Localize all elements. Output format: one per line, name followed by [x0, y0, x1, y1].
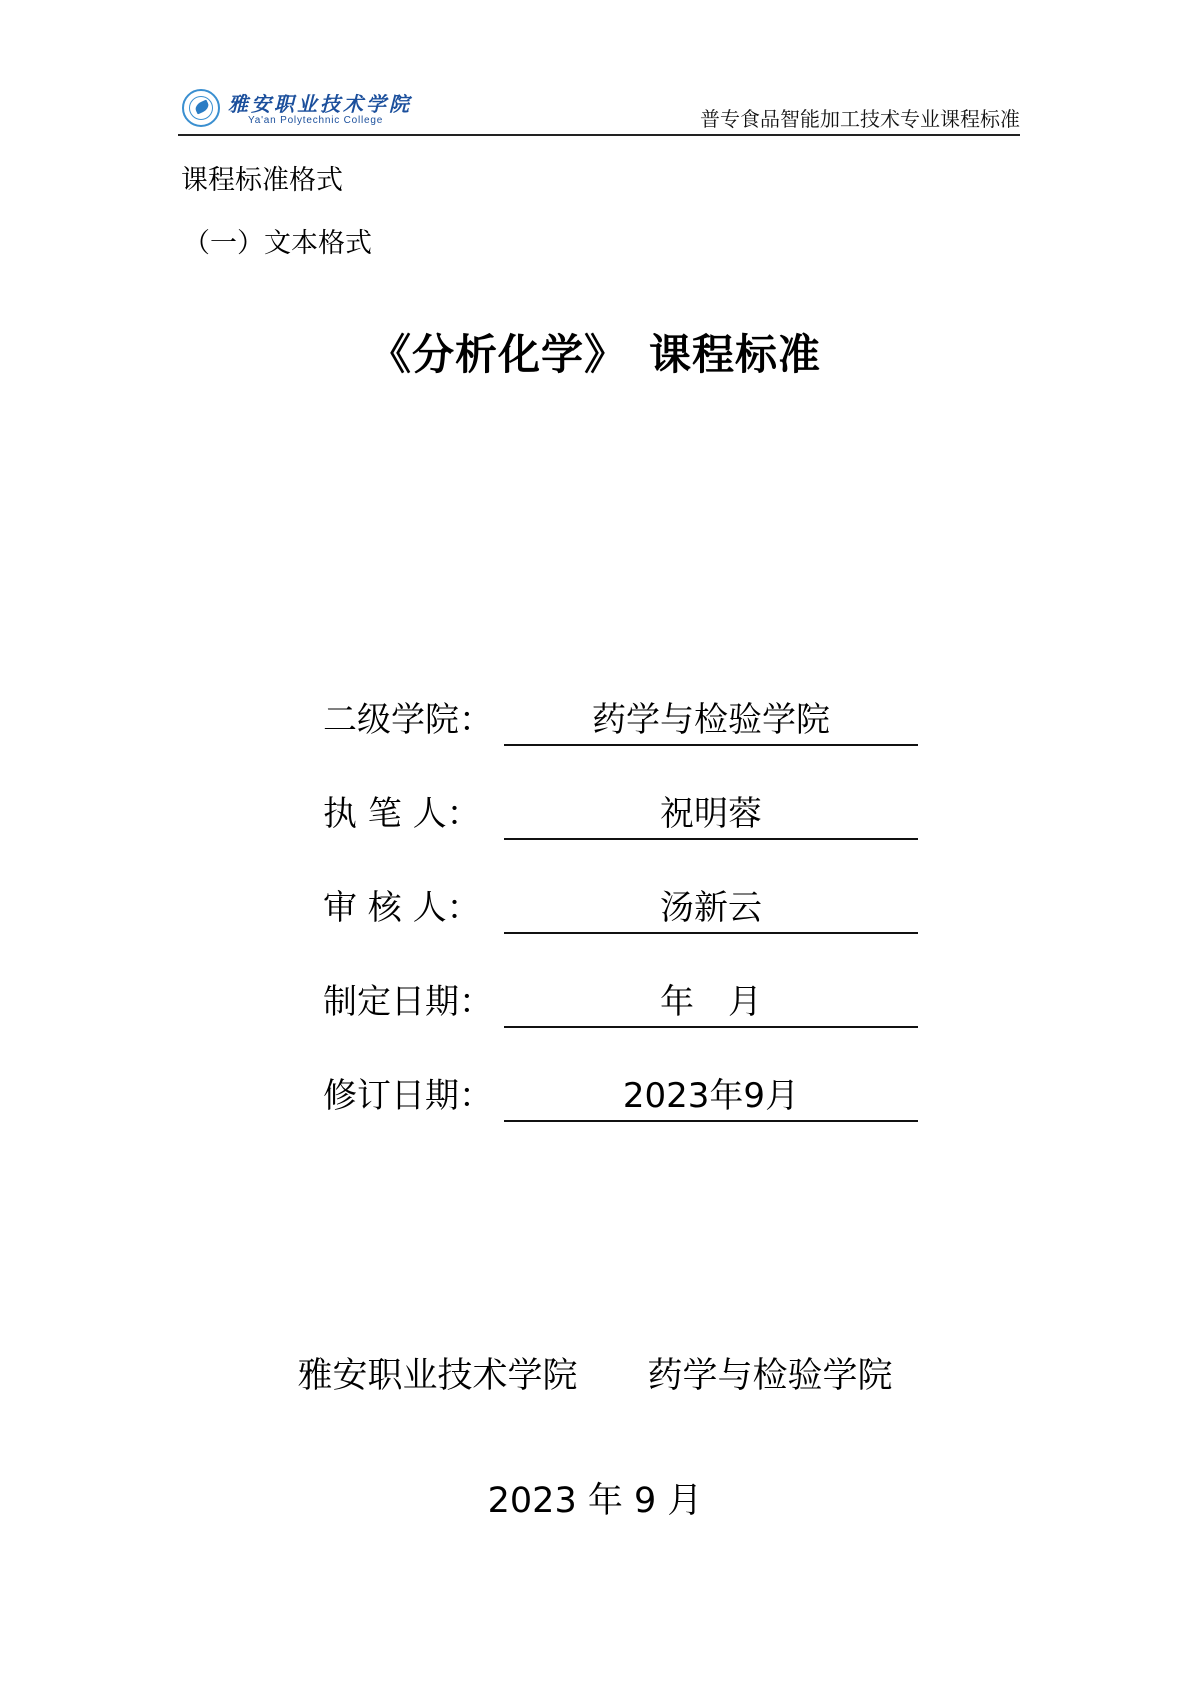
- sub-section-title: （一）文本格式: [183, 221, 372, 260]
- form-row-created-date: 制定日期： 年 月: [323, 980, 923, 1030]
- underline: [504, 1120, 918, 1122]
- form-value: 年 月: [504, 980, 918, 1024]
- college-logo: 雅安职业技术学院 Ya'an Polytechnic College: [182, 86, 422, 132]
- form-label: 修订日期：: [323, 1074, 493, 1118]
- form-label: 制定日期：: [323, 980, 493, 1024]
- underline: [504, 744, 918, 746]
- form-value: 汤新云: [504, 886, 918, 930]
- underline: [504, 838, 918, 840]
- form-value: 祝明蓉: [504, 792, 918, 836]
- form-value: 2023年9月: [504, 1074, 918, 1118]
- logo-name-en: Ya'an Polytechnic College: [248, 115, 383, 126]
- logo-name-cn: 雅安职业技术学院: [228, 88, 412, 117]
- form-row-author: 执 笔 人： 祝明蓉: [323, 792, 923, 842]
- document-title: 《分析化学》 课程标准: [0, 322, 1190, 382]
- footer-date: 2023 年 9 月: [0, 1473, 1190, 1523]
- header-divider: [178, 134, 1020, 136]
- footer-organization: 雅安职业技术学院 药学与检验学院: [0, 1348, 1190, 1398]
- college-emblem-icon: [182, 89, 220, 127]
- form-row-college: 二级学院： 药学与检验学院: [323, 698, 923, 748]
- header-title: 普专食品智能加工技术专业课程标准: [700, 103, 1020, 132]
- underline: [504, 1026, 918, 1028]
- form-label: 审 核 人：: [323, 886, 481, 930]
- underline: [504, 932, 918, 934]
- section-title: 课程标准格式: [181, 158, 343, 197]
- form-row-reviewer: 审 核 人： 汤新云: [323, 886, 923, 936]
- form-row-revised-date: 修订日期： 2023年9月: [323, 1074, 923, 1124]
- form-value: 药学与检验学院: [504, 698, 918, 742]
- form-label: 执 笔 人：: [323, 792, 481, 836]
- form-label: 二级学院：: [323, 698, 493, 742]
